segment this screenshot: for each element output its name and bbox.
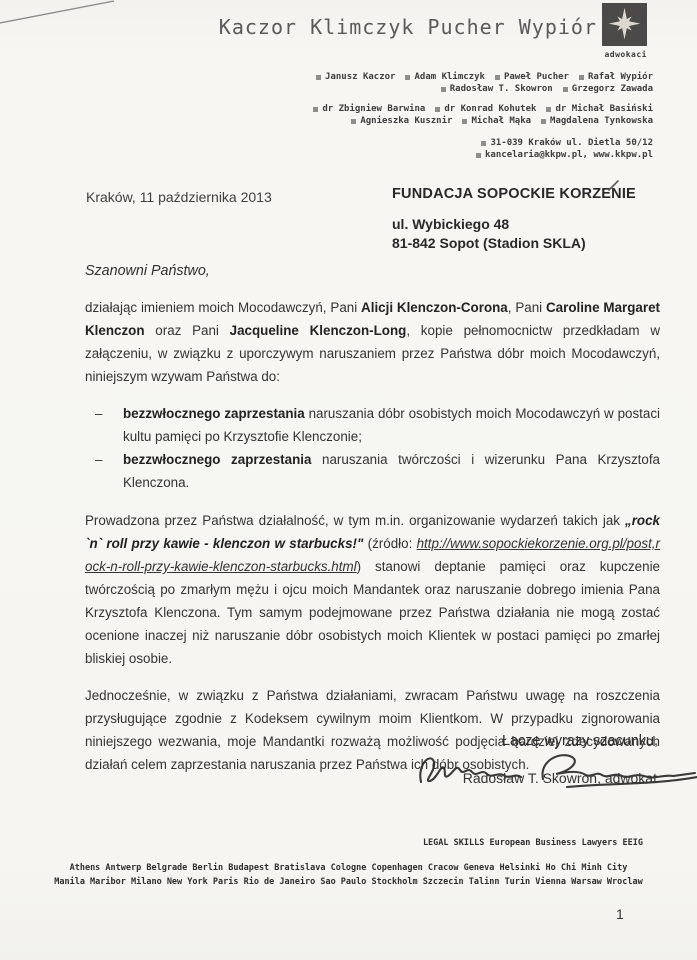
bullet-dash: – (85, 448, 123, 494)
office-address-row: 31-039 Kraków ul. Dietla 50/12 (313, 138, 653, 150)
attorney: dr Zbigniew Barwina (313, 104, 425, 116)
recipient-street: ul. Wybickiego 48 (392, 215, 636, 234)
attorney: Michał Mąka (462, 116, 531, 128)
cities-line-1: Athens Antwerp Belgrade Berlin Budapest … (0, 861, 697, 875)
attorney: Rafał Wypiór (579, 72, 653, 84)
office-contact-text: kancelaria@kkpw.pl, www.kkpw.pl (485, 150, 653, 162)
salutation: Szanowni Państwo, (85, 263, 660, 279)
p1-seg: , Pani (508, 300, 546, 315)
office-contact: kancelaria@kkpw.pl, www.kkpw.pl (476, 150, 653, 162)
page-corner-fold-line (0, 0, 140, 28)
bullet-square-icon (441, 87, 446, 92)
office-address: 31-039 Kraków ul. Dietla 50/12 (481, 138, 653, 150)
p2-seg: ) stanowi deptanie pamięci oraz kupczeni… (85, 559, 660, 666)
attorney-row: Radosław T. Skowron Grzegorz Zawada (313, 84, 653, 96)
bullet-square-icon (435, 107, 440, 112)
attorney: dr Michał Basiński (546, 104, 653, 116)
p2-seg: Prowadzona przez Państwa działalność, w … (85, 513, 625, 528)
client-name-3: Jacqueline Klenczon-Long (230, 323, 407, 338)
recipient-block: FUNDACJA SOPOCKIE KORZENIE ul. Wybickieg… (392, 186, 636, 253)
pen-tick-mark (607, 178, 621, 192)
recipient-city: 81-842 Sopot (Stadion SKLA) (392, 234, 636, 253)
client-name-1: Alicji Klenczon-Corona (361, 300, 508, 315)
letter-body: Szanowni Państwo, działając imieniem moi… (85, 263, 660, 790)
logo-caption: adwokaci (595, 50, 647, 59)
recipient-name: FUNDACJA SOPOCKIE KORZENIE (392, 186, 636, 202)
attorney-name: dr Zbigniew Barwina (322, 104, 425, 116)
bullet-dash: – (85, 402, 123, 448)
bullet-item: – bezzwłocznego zaprzestania naruszania … (85, 448, 660, 494)
network-cities: Athens Antwerp Belgrade Berlin Budapest … (0, 861, 697, 889)
attorney-name: Janusz Kaczor (325, 72, 395, 84)
attorneys-block: Janusz Kaczor Adam Klimczyk Paweł Pucher… (313, 72, 653, 161)
bullet-square-icon (495, 75, 500, 80)
attorney-name: Grzegorz Zawada (572, 84, 653, 96)
bullet-square-icon (563, 87, 568, 92)
attorney-name: Radosław T. Skowron (450, 84, 553, 96)
attorney: Radosław T. Skowron (441, 84, 553, 96)
attorney: dr Konrad Kohutek (435, 104, 536, 116)
attorney-name: Adam Klimczyk (414, 72, 484, 84)
paragraph-intro: działając imieniem moich Mocodawczyń, Pa… (85, 296, 660, 388)
bullet-square-icon (481, 141, 486, 146)
b1-seg: bezzwłocznego zaprzestania (123, 406, 305, 421)
bullet-square-icon (546, 107, 551, 112)
bullet-square-icon (476, 153, 481, 158)
attorney: Adam Klimczyk (405, 72, 484, 84)
p2-seg: (źródło: (363, 536, 416, 551)
attorney-row: Agnieszka Kusznir Michał Mąka Magdalena … (313, 116, 653, 128)
firm-logo (602, 3, 647, 46)
bullet-square-icon (313, 107, 318, 112)
firm-name: Kaczor Klimczyk Pucher Wypiór (219, 15, 597, 39)
bullet-square-icon (316, 75, 321, 80)
attorney: Agnieszka Kusznir (351, 116, 452, 128)
page-number: 1 (616, 906, 624, 922)
attorney-name: Paweł Pucher (504, 72, 569, 84)
bullet-square-icon (351, 119, 356, 124)
office-contact-row: kancelaria@kkpw.pl, www.kkpw.pl (313, 150, 653, 162)
bullet-square-icon (579, 75, 584, 80)
attorney-name: dr Michał Basiński (555, 104, 653, 116)
compass-rose-icon (604, 5, 645, 44)
scanned-letter-page: Kaczor Klimczyk Pucher Wypiór adwokaci J… (0, 0, 697, 960)
p1-seg: oraz Pani (145, 323, 230, 338)
demand-list: – bezzwłocznego zaprzestania naruszania … (85, 402, 660, 494)
dateline: Kraków, 11 października 2013 (86, 189, 272, 205)
attorney-row: Janusz Kaczor Adam Klimczyk Paweł Pucher… (313, 72, 653, 84)
office-address-text: 31-039 Kraków ul. Dietla 50/12 (490, 138, 653, 150)
bullet-square-icon (405, 75, 410, 80)
bullet-square-icon (462, 119, 467, 124)
attorney-row: dr Zbigniew Barwina dr Konrad Kohutek dr… (313, 104, 653, 116)
attorney-name: Agnieszka Kusznir (360, 116, 452, 128)
attorney: Grzegorz Zawada (563, 84, 653, 96)
attorney: Paweł Pucher (495, 72, 569, 84)
signer-name: Radosław T. Skowron, adwokat (463, 770, 657, 786)
attorney-name: Magdalena Tynkowska (550, 116, 653, 128)
attorney-name: dr Konrad Kohutek (444, 104, 536, 116)
attorney: Janusz Kaczor (316, 72, 395, 84)
bullet-item: – bezzwłocznego zaprzestania naruszania … (85, 402, 660, 448)
paragraph-accusation: Prowadzona przez Państwa działalność, w … (85, 509, 660, 670)
bullet-square-icon (541, 119, 546, 124)
attorney-name: Michał Mąka (471, 116, 531, 128)
attorney: Magdalena Tynkowska (541, 116, 653, 128)
bullet-text: bezzwłocznego zaprzestania naruszania dó… (123, 402, 660, 448)
lawyer-network-name: LEGAL SKILLS European Business Lawyers E… (423, 838, 643, 848)
b2-seg: bezzwłocznego zaprzestania (123, 452, 311, 467)
attorney-name: Rafał Wypiór (588, 72, 653, 84)
p1-seg: działając imieniem moich Mocodawczyń, Pa… (85, 300, 361, 315)
cities-line-2: Manila Maribor Milano New York Paris Rio… (0, 875, 697, 889)
bullet-text: bezzwłocznego zaprzestania naruszania tw… (123, 448, 660, 494)
